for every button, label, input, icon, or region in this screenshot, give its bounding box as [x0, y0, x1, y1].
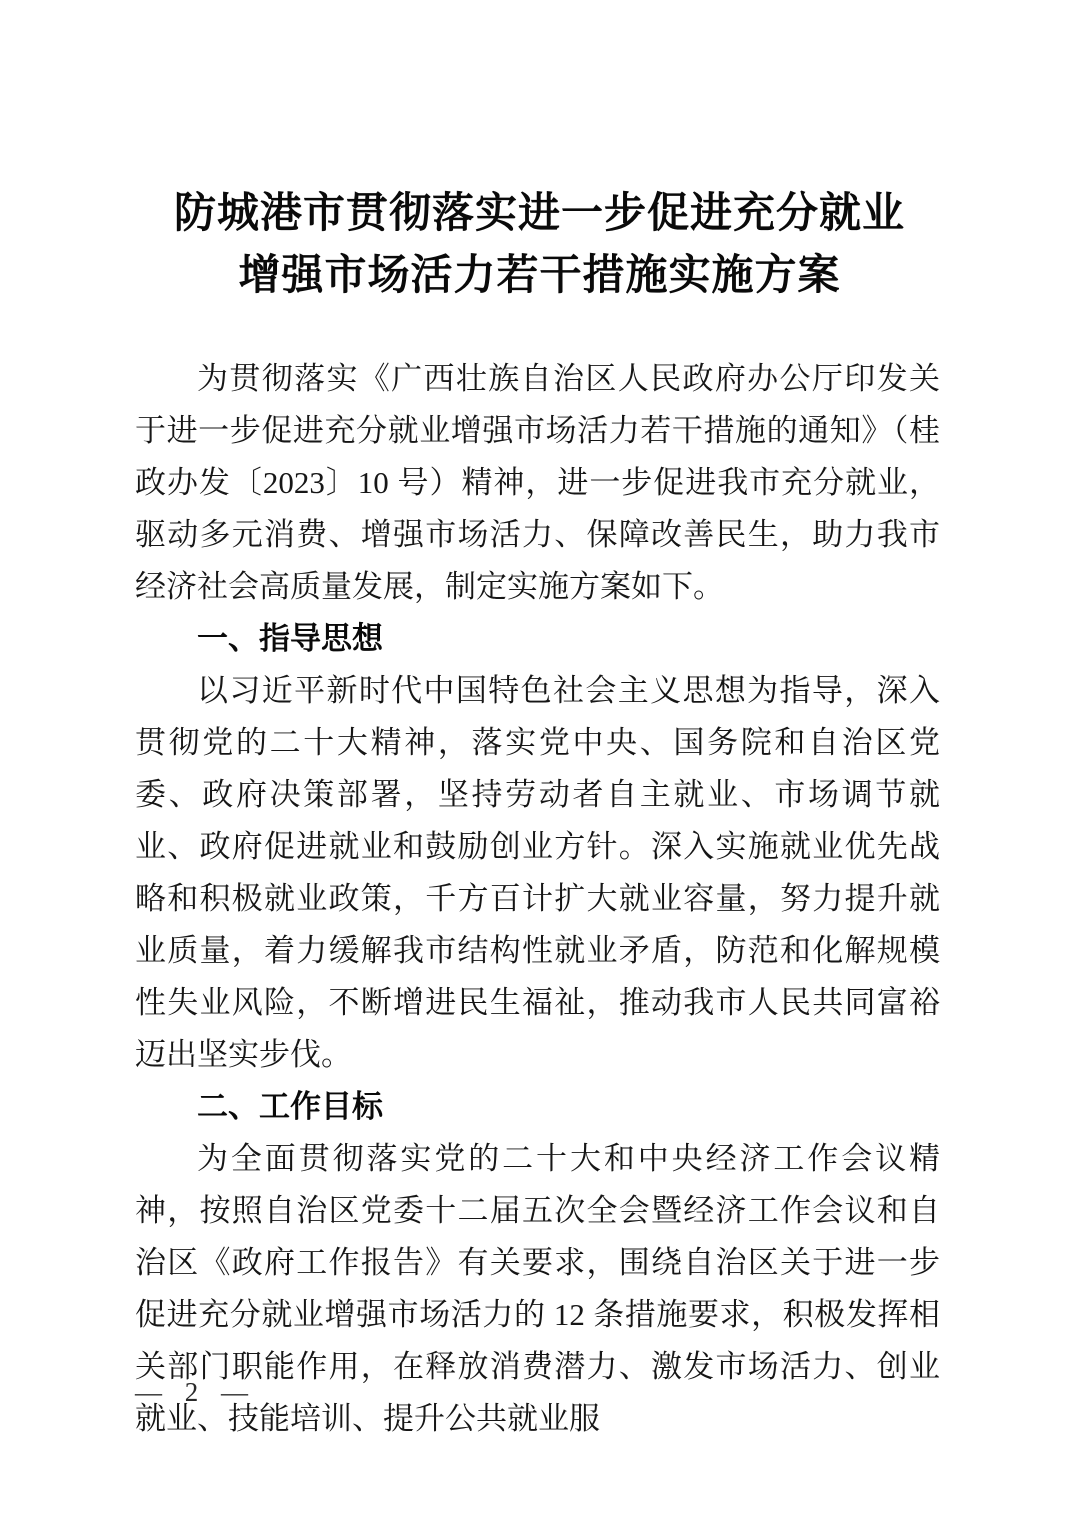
document-page: 防城港市贯彻落实进一步促进充分就业 增强市场活力若干措施实施方案 为贯彻落实《广… [0, 0, 1074, 1520]
paragraph-guiding-thought: 以习近平新时代中国特色社会主义思想为指导，深入贯彻党的二十大精神，落实党中央、国… [135, 665, 940, 1081]
page-number: — 2 — [135, 1377, 256, 1407]
document-body: 为贯彻落实《广西壮族自治区人民政府办公厅印发关于进一步促进充分就业增强市场活力若… [135, 353, 940, 1445]
title-line-2: 增强市场活力若干措施实施方案 [135, 245, 944, 307]
section-heading-guiding-thought: 一、指导思想 [135, 613, 940, 665]
page-footer: — 2 — [135, 1377, 256, 1408]
section-heading-work-goals: 二、工作目标 [135, 1081, 940, 1133]
document-title: 防城港市贯彻落实进一步促进充分就业 增强市场活力若干措施实施方案 [135, 183, 944, 307]
title-line-1: 防城港市贯彻落实进一步促进充分就业 [135, 183, 944, 245]
paragraph-intro: 为贯彻落实《广西壮族自治区人民政府办公厅印发关于进一步促进充分就业增强市场活力若… [135, 353, 940, 613]
